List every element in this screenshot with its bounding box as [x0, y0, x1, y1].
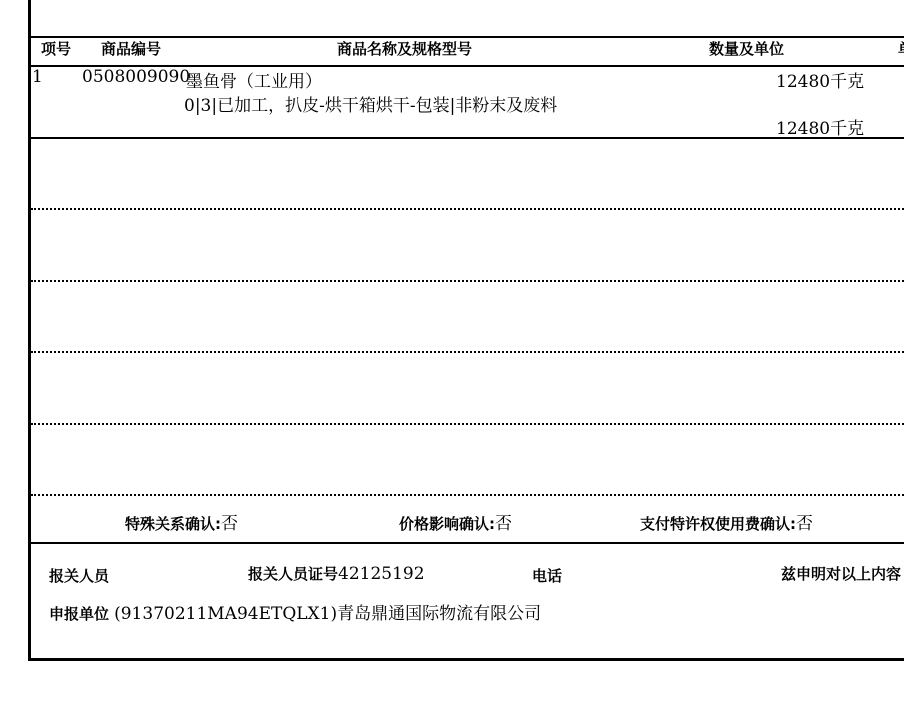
special-relation-confirm: 特殊关系确认:否: [125, 509, 238, 534]
row-name: 墨鱼骨（工业用）: [186, 67, 322, 92]
price-influence-value: 否: [495, 514, 512, 534]
declaring-unit: 申报单位 (91370211MA94ETQLX1)青岛鼎通国际物流有限公司: [49, 599, 541, 624]
header-qty-unit: 数量及单位: [709, 38, 784, 59]
row-item-no: 1: [32, 67, 43, 87]
royalty-label: 支付特许权使用费确认:: [640, 515, 796, 533]
row-divider: [31, 423, 904, 425]
row-divider: [31, 208, 904, 210]
row-qty-primary: 12480千克: [776, 67, 864, 92]
row-code: 0508009090: [82, 67, 190, 87]
confirmations-bottom-rule: [31, 542, 904, 544]
price-influence-confirm: 价格影响确认:否: [399, 509, 512, 534]
header-item-no: 项号: [41, 38, 71, 59]
row-1-bottom-rule: [31, 137, 904, 139]
row-divider: [31, 351, 904, 353]
royalty-confirm: 支付特许权使用费确认:否: [640, 509, 813, 534]
special-relation-label: 特殊关系确认:: [125, 515, 221, 533]
declarant-label: 报关人员: [49, 565, 109, 586]
declarant-cert-label: 报关人员证号: [248, 565, 338, 583]
declaration-statement: 兹申明对以上内容: [781, 563, 901, 584]
row-divider: [31, 280, 904, 282]
row-divider: [31, 494, 904, 496]
price-influence-label: 价格影响确认:: [399, 515, 495, 533]
declaring-unit-label: 申报单位: [49, 605, 109, 623]
phone-label: 电话: [532, 565, 562, 586]
row-spec: 0|3|已加工，扒皮-烘干箱烘干-包装|非粉末及废料: [184, 91, 557, 116]
header-clipped-column: 单: [898, 38, 904, 59]
special-relation-value: 否: [221, 514, 238, 534]
row-qty-legal: 12480千克: [776, 114, 864, 139]
header-name-spec: 商品名称及规格型号: [337, 38, 472, 59]
declarant-cert-value: 42125192: [338, 564, 425, 584]
declarant-cert: 报关人员证号42125192: [248, 563, 425, 584]
royalty-value: 否: [796, 514, 813, 534]
declaring-unit-value: (91370211MA94ETQLX1)青岛鼎通国际物流有限公司: [114, 604, 541, 624]
header-code: 商品编号: [101, 38, 161, 59]
